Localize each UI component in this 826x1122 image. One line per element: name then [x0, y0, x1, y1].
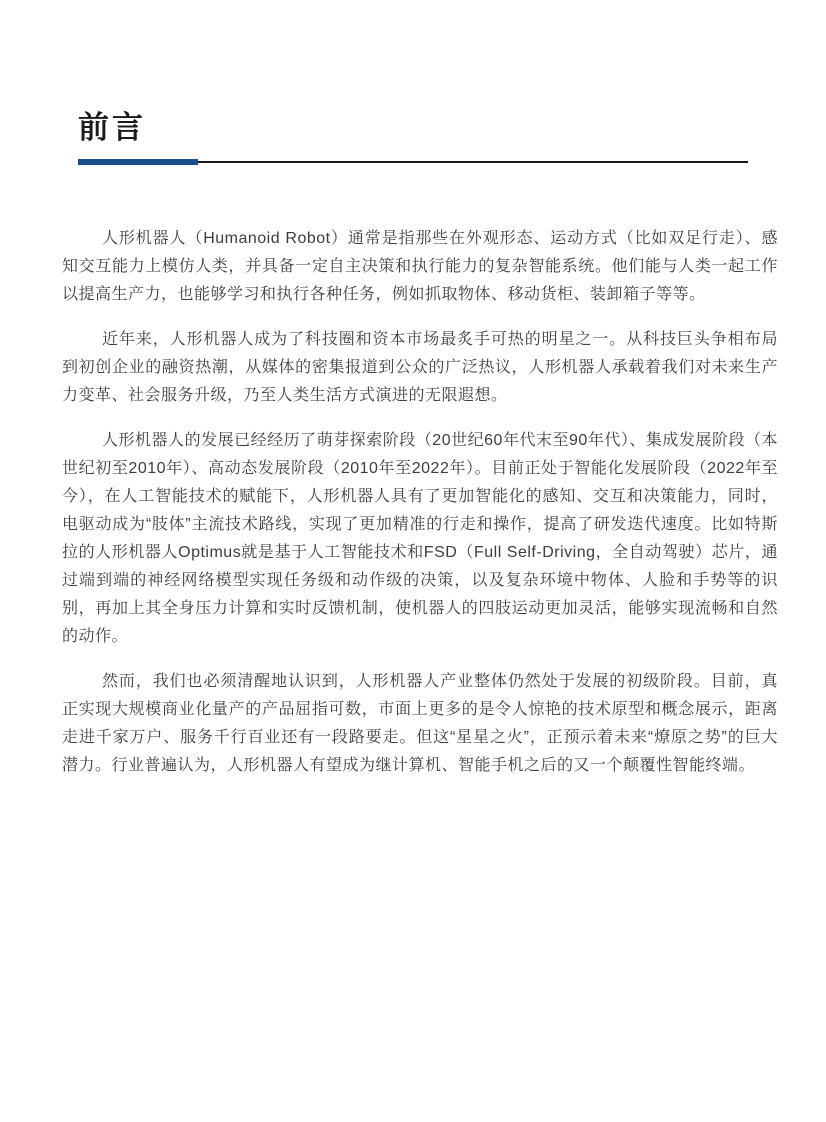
- document-header: 前言: [78, 112, 826, 165]
- paragraph-industry-outlook: 然而，我们也必须清醒地认识到，人形机器人产业整体仍然处于发展的初级阶段。目前，真…: [62, 668, 778, 780]
- paragraph-development-stages: 人形机器人的发展已经经历了萌芽探索阶段（20世纪60年代末至90年代）、集成发展…: [62, 427, 778, 651]
- title-divider: [78, 159, 748, 165]
- page-title: 前言: [78, 112, 826, 144]
- divider-thin-line: [198, 161, 748, 163]
- document-page: 前言 人形机器人（Humanoid Robot）通常是指那些在外观形态、运动方式…: [0, 0, 826, 1122]
- divider-accent-bar: [78, 159, 198, 165]
- document-body: 人形机器人（Humanoid Robot）通常是指那些在外观形态、运动方式（比如…: [62, 225, 778, 780]
- paragraph-market-attention: 近年来，人形机器人成为了科技圈和资本市场最炙手可热的明星之一。从科技巨头争相布局…: [62, 326, 778, 410]
- paragraph-definition: 人形机器人（Humanoid Robot）通常是指那些在外观形态、运动方式（比如…: [62, 225, 778, 309]
